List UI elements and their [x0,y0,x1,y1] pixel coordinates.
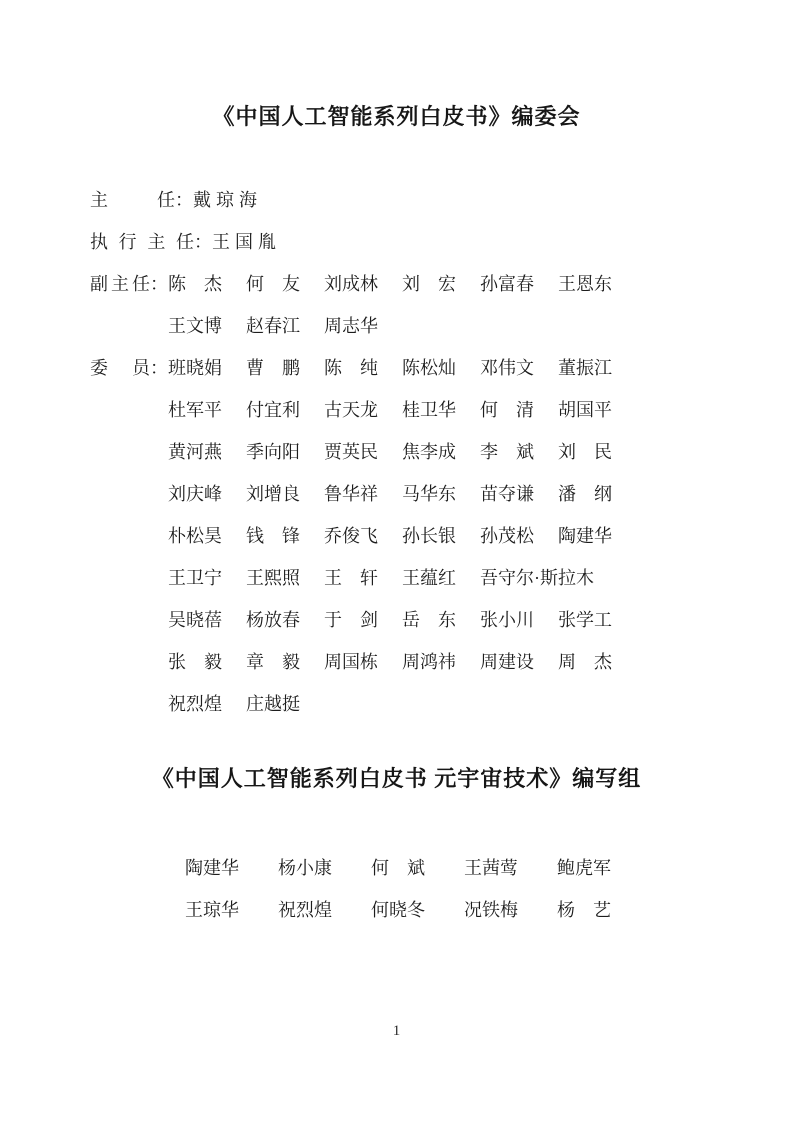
role-label: 执行主任 [90,232,194,252]
member-name: 杜军平 [168,400,246,420]
member-name: 周国栋 [324,652,402,672]
committee-row: 杜军平付宜利古天龙桂卫华何 清胡国平 [90,400,733,420]
committee-row: 张 毅章 毅周国栋周鸿祎周建设周 杰 [90,652,733,672]
member-name: 王熙照 [246,568,324,588]
member-name: 刘增良 [246,484,324,504]
member-name: 杨放春 [246,610,324,630]
working-group-row: 陶建华杨小康何 斌王茜莺鲍虎军 [185,858,733,878]
member-name: 王琼华 [185,900,278,920]
member-name: 乔俊飞 [324,526,402,546]
member-name: 王文博 [168,316,246,336]
member-name: 马华东 [402,484,480,504]
document-page: 《中国人工智能系列白皮书》编委会 主任：戴琼海执行主任：王国胤副主任：陈 杰何 … [0,0,793,1122]
member-name: 王恩东 [558,274,612,294]
member-name: 王国胤 [212,232,281,252]
role-label-char: 任 [132,274,150,294]
member-name: 曹 鹏 [246,358,324,378]
member-name: 赵春江 [246,316,324,336]
committee-row: 委员：班晓娟曹 鹏陈 纯陈松灿邓伟文董振江 [90,358,733,378]
member-name: 焦李成 [402,442,480,462]
member-name: 孙茂松 [480,526,558,546]
role-label: 委员 [90,358,150,378]
member-name: 钱 锋 [246,526,324,546]
role-colon: ： [150,274,168,294]
member-name: 付宜利 [246,400,324,420]
role-colon: ： [150,358,168,378]
member-name: 况铁梅 [464,900,557,920]
member-name: 陈 杰 [168,274,246,294]
member-name: 潘 纲 [558,484,612,504]
member-name: 于 剑 [324,610,402,630]
role-label-char: 副 [90,274,108,294]
role-label-char: 执 [90,232,108,252]
member-name: 陶建华 [558,526,612,546]
member-name: 吴晓蓓 [168,610,246,630]
member-name: 何晓冬 [371,900,464,920]
member-name: 鲁华祥 [324,484,402,504]
committee-row: 王文博赵春江周志华 [90,316,733,336]
role-label-char: 行 [119,232,137,252]
member-name: 周建设 [480,652,558,672]
member-name: 贾英民 [324,442,402,462]
member-name: 孙长银 [402,526,480,546]
member-name: 苗夺谦 [480,484,558,504]
role-label-char: 委 [90,358,108,378]
member-name: 王卫宁 [168,568,246,588]
page-number: 1 [0,1022,793,1040]
member-name: 张 毅 [168,652,246,672]
role-label: 副主任 [90,274,150,294]
role-label-char: 任 [176,232,194,252]
member-name: 鲍虎军 [557,858,611,878]
member-name: 朴松昊 [168,526,246,546]
committee-rows: 主任：戴琼海执行主任：王国胤副主任：陈 杰何 友刘成林刘 宏孙富春王恩东王文博赵… [90,190,733,714]
member-name: 章 毅 [246,652,324,672]
member-name: 季向阳 [246,442,324,462]
member-name: 何 友 [246,274,324,294]
working-group-row: 王琼华祝烈煌何晓冬况铁梅杨 艺 [185,900,733,920]
member-name: 王茜莺 [464,858,557,878]
member-name: 班晓娟 [168,358,246,378]
member-name: 王 轩 [324,568,402,588]
committee-row: 吴晓蓓杨放春于 剑岳 东张小川张学工 [90,610,733,630]
role-label-char: 员 [132,358,150,378]
working-group-title: 《中国人工智能系列白皮书 元宇宙技术》编写组 [0,765,793,793]
committee-title: 《中国人工智能系列白皮书》编委会 [0,0,793,131]
member-name: 庄越挺 [246,694,300,714]
member-name: 刘庆峰 [168,484,246,504]
member-name: 祝烈煌 [168,694,246,714]
member-name: 王蕴红 [402,568,480,588]
member-name: 杨小康 [278,858,371,878]
member-name: 董振江 [558,358,612,378]
committee-row: 副主任：陈 杰何 友刘成林刘 宏孙富春王恩东 [90,274,733,294]
role-label-char: 任 [157,190,175,210]
member-name: 李 斌 [480,442,558,462]
member-name: 何 斌 [371,858,464,878]
role-label-char: 主 [147,232,165,252]
member-name: 桂卫华 [402,400,480,420]
committee-row: 刘庆峰刘增良鲁华祥马华东苗夺谦潘 纲 [90,484,733,504]
role-label-char: 主 [90,190,108,210]
member-name: 吾守尔·斯拉木 [480,568,594,588]
member-name: 周鸿祎 [402,652,480,672]
member-name: 陈松灿 [402,358,480,378]
member-name: 周 杰 [558,652,612,672]
committee-row: 王卫宁王熙照王 轩王蕴红吾守尔·斯拉木 [90,568,733,588]
committee-row: 朴松昊钱 锋乔俊飞孙长银孙茂松陶建华 [90,526,733,546]
role-label-char: 主 [111,274,129,294]
working-group-rows: 陶建华杨小康何 斌王茜莺鲍虎军王琼华祝烈煌何晓冬况铁梅杨 艺 [185,858,733,920]
member-name: 刘成林 [324,274,402,294]
committee-row: 执行主任：王国胤 [90,232,733,252]
member-name: 孙富春 [480,274,558,294]
member-name: 祝烈煌 [278,900,371,920]
member-name: 张小川 [480,610,558,630]
member-name: 黄河燕 [168,442,246,462]
role-label: 主任 [90,190,175,210]
member-name: 胡国平 [558,400,612,420]
member-name: 陈 纯 [324,358,402,378]
committee-row: 主任：戴琼海 [90,190,733,210]
committee-row: 黄河燕季向阳贾英民焦李成李 斌刘 民 [90,442,733,462]
member-name: 岳 东 [402,610,480,630]
role-colon: ： [175,190,193,210]
member-name: 邓伟文 [480,358,558,378]
member-name: 杨 艺 [557,900,611,920]
member-name: 戴琼海 [193,190,262,210]
member-name: 刘 宏 [402,274,480,294]
member-name: 何 清 [480,400,558,420]
member-name: 古天龙 [324,400,402,420]
role-colon: ： [194,232,212,252]
committee-row: 祝烈煌庄越挺 [90,694,733,714]
member-name: 周志华 [324,316,378,336]
member-name: 刘 民 [558,442,612,462]
member-name: 陶建华 [185,858,278,878]
member-name: 张学工 [558,610,612,630]
